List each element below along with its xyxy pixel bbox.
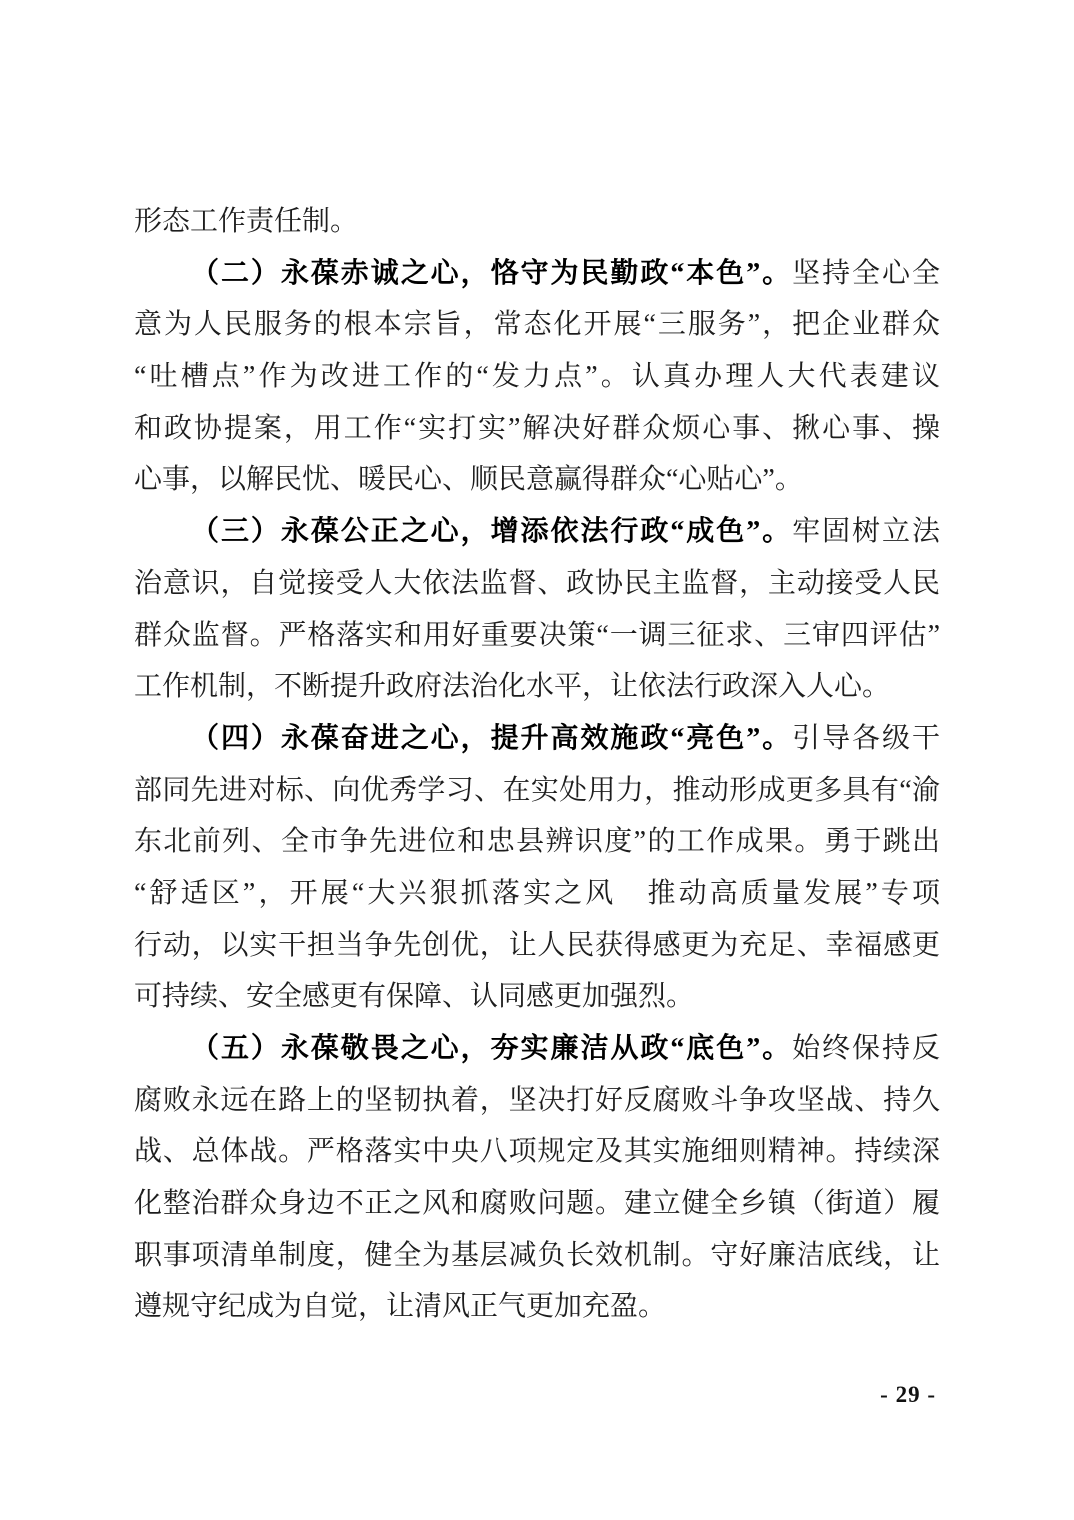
text-line: 工作机制，不断提升政府法治化水平，让依法行政深入人心。 bbox=[134, 661, 940, 713]
body-text: 坚持全心全 bbox=[792, 258, 940, 289]
body-text: 治意识，自觉接受人大依法监督、政协民主监督，主动接受人民 bbox=[134, 568, 940, 599]
text-line: 治意识，自觉接受人大依法监督、政协民主监督，主动接受人民 bbox=[134, 558, 940, 610]
text-line: 战、总体战。严格落实中央八项规定及其实施细则精神。持续深 bbox=[134, 1126, 940, 1178]
body-text: 东北前列、全市争先进位和忠县辨识度”的工作成果。勇于跳出 bbox=[134, 826, 940, 857]
text-line: “舒适区”，开展“大兴狠抓落实之风 推动高质量发展”专项 bbox=[134, 868, 940, 920]
text-line: 腐败永远在路上的坚韧执着，坚决打好反腐败斗争攻坚战、持久 bbox=[134, 1075, 940, 1127]
body-text: 职事项清单制度，健全为基层减负长效机制。守好廉洁底线，让 bbox=[134, 1240, 940, 1271]
text-line: （四）永葆奋进之心，提升高效施政“亮色”。引导各级干 bbox=[134, 713, 940, 765]
body-text: 始终保持反 bbox=[792, 1033, 940, 1064]
body-text: 心事，以解民忧、暖民心、顺民意赢得群众“心贴心”。 bbox=[134, 464, 803, 495]
heading-text: （二）永葆赤诚之心，恪守为民勤政“本色”。 bbox=[191, 258, 792, 289]
text-line: 职事项清单制度，健全为基层减负长效机制。守好廉洁底线，让 bbox=[134, 1230, 940, 1282]
body-text: 战、总体战。严格落实中央八项规定及其实施细则精神。持续深 bbox=[134, 1136, 940, 1167]
heading-text: （四）永葆奋进之心，提升高效施政“亮色”。 bbox=[191, 723, 792, 754]
body-text: 群众监督。严格落实和用好重要决策“一调三征求、三审四评估” bbox=[134, 620, 940, 651]
heading-text: （五）永葆敬畏之心，夯实廉洁从政“底色”。 bbox=[191, 1033, 792, 1064]
body-text: 引导各级干 bbox=[792, 723, 940, 754]
text-line: 行动，以实干担当争先创优，让人民获得感更为充足、幸福感更 bbox=[134, 920, 940, 972]
body-text: 行动，以实干担当争先创优，让人民获得感更为充足、幸福感更 bbox=[134, 930, 940, 961]
document-page: 形态工作责任制。（二）永葆赤诚之心，恪守为民勤政“本色”。坚持全心全意为人民服务… bbox=[0, 0, 1074, 1520]
text-line: 部同先进对标、向优秀学习、在实处用力，推动形成更多具有“渝 bbox=[134, 765, 940, 817]
body-text: “舒适区”，开展“大兴狠抓落实之风 推动高质量发展”专项 bbox=[134, 878, 940, 909]
text-line: 意为人民服务的根本宗旨，常态化开展“三服务”，把企业群众 bbox=[134, 299, 940, 351]
body-text: 遵规守纪成为自觉，让清风正气更加充盈。 bbox=[134, 1291, 666, 1322]
page-number: - 29 - bbox=[880, 1382, 936, 1408]
text-line: 和政协提案，用工作“实打实”解决好群众烦心事、揪心事、操 bbox=[134, 403, 940, 455]
document-body: 形态工作责任制。（二）永葆赤诚之心，恪守为民勤政“本色”。坚持全心全意为人民服务… bbox=[134, 196, 940, 1333]
text-line: 群众监督。严格落实和用好重要决策“一调三征求、三审四评估” bbox=[134, 610, 940, 662]
text-line: 遵规守纪成为自觉，让清风正气更加充盈。 bbox=[134, 1281, 940, 1333]
text-line: “吐槽点”作为改进工作的“发力点”。认真办理人大代表建议 bbox=[134, 351, 940, 403]
text-line: 可持续、安全感更有保障、认同感更加强烈。 bbox=[134, 971, 940, 1023]
body-text: “吐槽点”作为改进工作的“发力点”。认真办理人大代表建议 bbox=[134, 361, 940, 392]
body-text: 意为人民服务的根本宗旨，常态化开展“三服务”，把企业群众 bbox=[134, 309, 940, 340]
text-line: 东北前列、全市争先进位和忠县辨识度”的工作成果。勇于跳出 bbox=[134, 816, 940, 868]
text-line: （五）永葆敬畏之心，夯实廉洁从政“底色”。始终保持反 bbox=[134, 1023, 940, 1075]
text-line: 心事，以解民忧、暖民心、顺民意赢得群众“心贴心”。 bbox=[134, 454, 940, 506]
heading-text: （三）永葆公正之心，增添依法行政“成色”。 bbox=[191, 516, 792, 547]
body-text: 形态工作责任制。 bbox=[134, 206, 358, 237]
body-text: 腐败永远在路上的坚韧执着，坚决打好反腐败斗争攻坚战、持久 bbox=[134, 1085, 940, 1116]
body-text: 可持续、安全感更有保障、认同感更加强烈。 bbox=[134, 981, 694, 1012]
text-line: 化整治群众身边不正之风和腐败问题。建立健全乡镇（街道）履 bbox=[134, 1178, 940, 1230]
body-text: 工作机制，不断提升政府法治化水平，让依法行政深入人心。 bbox=[134, 671, 890, 702]
text-line: 形态工作责任制。 bbox=[134, 196, 940, 248]
body-text: 和政协提案，用工作“实打实”解决好群众烦心事、揪心事、操 bbox=[134, 413, 940, 444]
body-text: 化整治群众身边不正之风和腐败问题。建立健全乡镇（街道）履 bbox=[134, 1188, 940, 1219]
text-line: （三）永葆公正之心，增添依法行政“成色”。牢固树立法 bbox=[134, 506, 940, 558]
text-line: （二）永葆赤诚之心，恪守为民勤政“本色”。坚持全心全 bbox=[134, 248, 940, 300]
body-text: 牢固树立法 bbox=[792, 516, 940, 547]
body-text: 部同先进对标、向优秀学习、在实处用力，推动形成更多具有“渝 bbox=[134, 775, 940, 806]
